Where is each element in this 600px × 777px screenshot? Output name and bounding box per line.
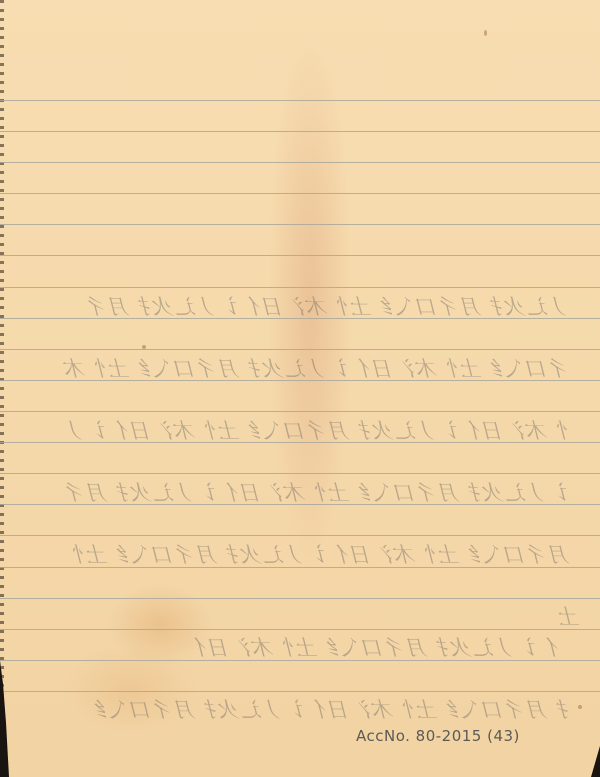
ruled-line [0,380,600,381]
ruled-line [0,691,600,692]
ruled-line [0,100,600,101]
ruled-line [0,442,600,443]
document-page: 丿辶火扌月彳口乀纟土忄木氵日亻讠丿辶火扌月彳彳口乀纟土忄木氵日亻讠丿辶火扌月彳口… [0,0,600,777]
ruled-line [0,411,600,412]
ruled-line [0,193,600,194]
bleed-through-line: 彳口乀纟土忄木氵日亻讠丿辶火扌月彳口乀纟土忄木 [30,353,570,379]
paper-speck [578,705,582,709]
ruled-line [0,504,600,505]
bleed-through-line: 月彳口乀纟土忄木氵日亻讠丿辶火扌月彳口乀纟土忄 [40,539,570,565]
paper-speck [142,345,146,349]
bleed-through-line: 讠丿辶火扌月彳口乀纟土忄木氵日亻讠丿辶火扌月彳 [30,477,570,503]
ruled-line [0,131,600,132]
bleed-through-line: 土 [540,601,580,627]
bleed-through-line: 亻讠丿辶火扌月彳口乀纟土忄木氵日亻 [160,632,560,658]
ruled-line [0,660,600,661]
ruled-line [0,535,600,536]
ruled-line [0,162,600,163]
ruled-line [0,255,600,256]
ruled-line [0,598,600,599]
accession-number: AccNo. 80-2015 (43) [356,727,520,745]
bleed-through-line: 丿辶火扌月彳口乀纟土忄木氵日亻讠丿辶火扌月彳 [60,291,570,317]
ruled-line [0,318,600,319]
paper-speck [484,30,487,36]
ruled-line [0,349,600,350]
ruled-line [0,567,600,568]
bleed-through-line: 忄木氵日亻讠丿辶火扌月彳口乀纟土忄木氵日亻讠丿 [30,415,570,441]
ruled-line [0,224,600,225]
ruled-line [0,629,600,630]
ruled-line [0,473,600,474]
ruled-line [0,287,600,288]
bleed-through-line: 扌月彳口乀纟土忄木氵日亻讠丿辶火扌月彳口乀纟 [50,694,570,720]
